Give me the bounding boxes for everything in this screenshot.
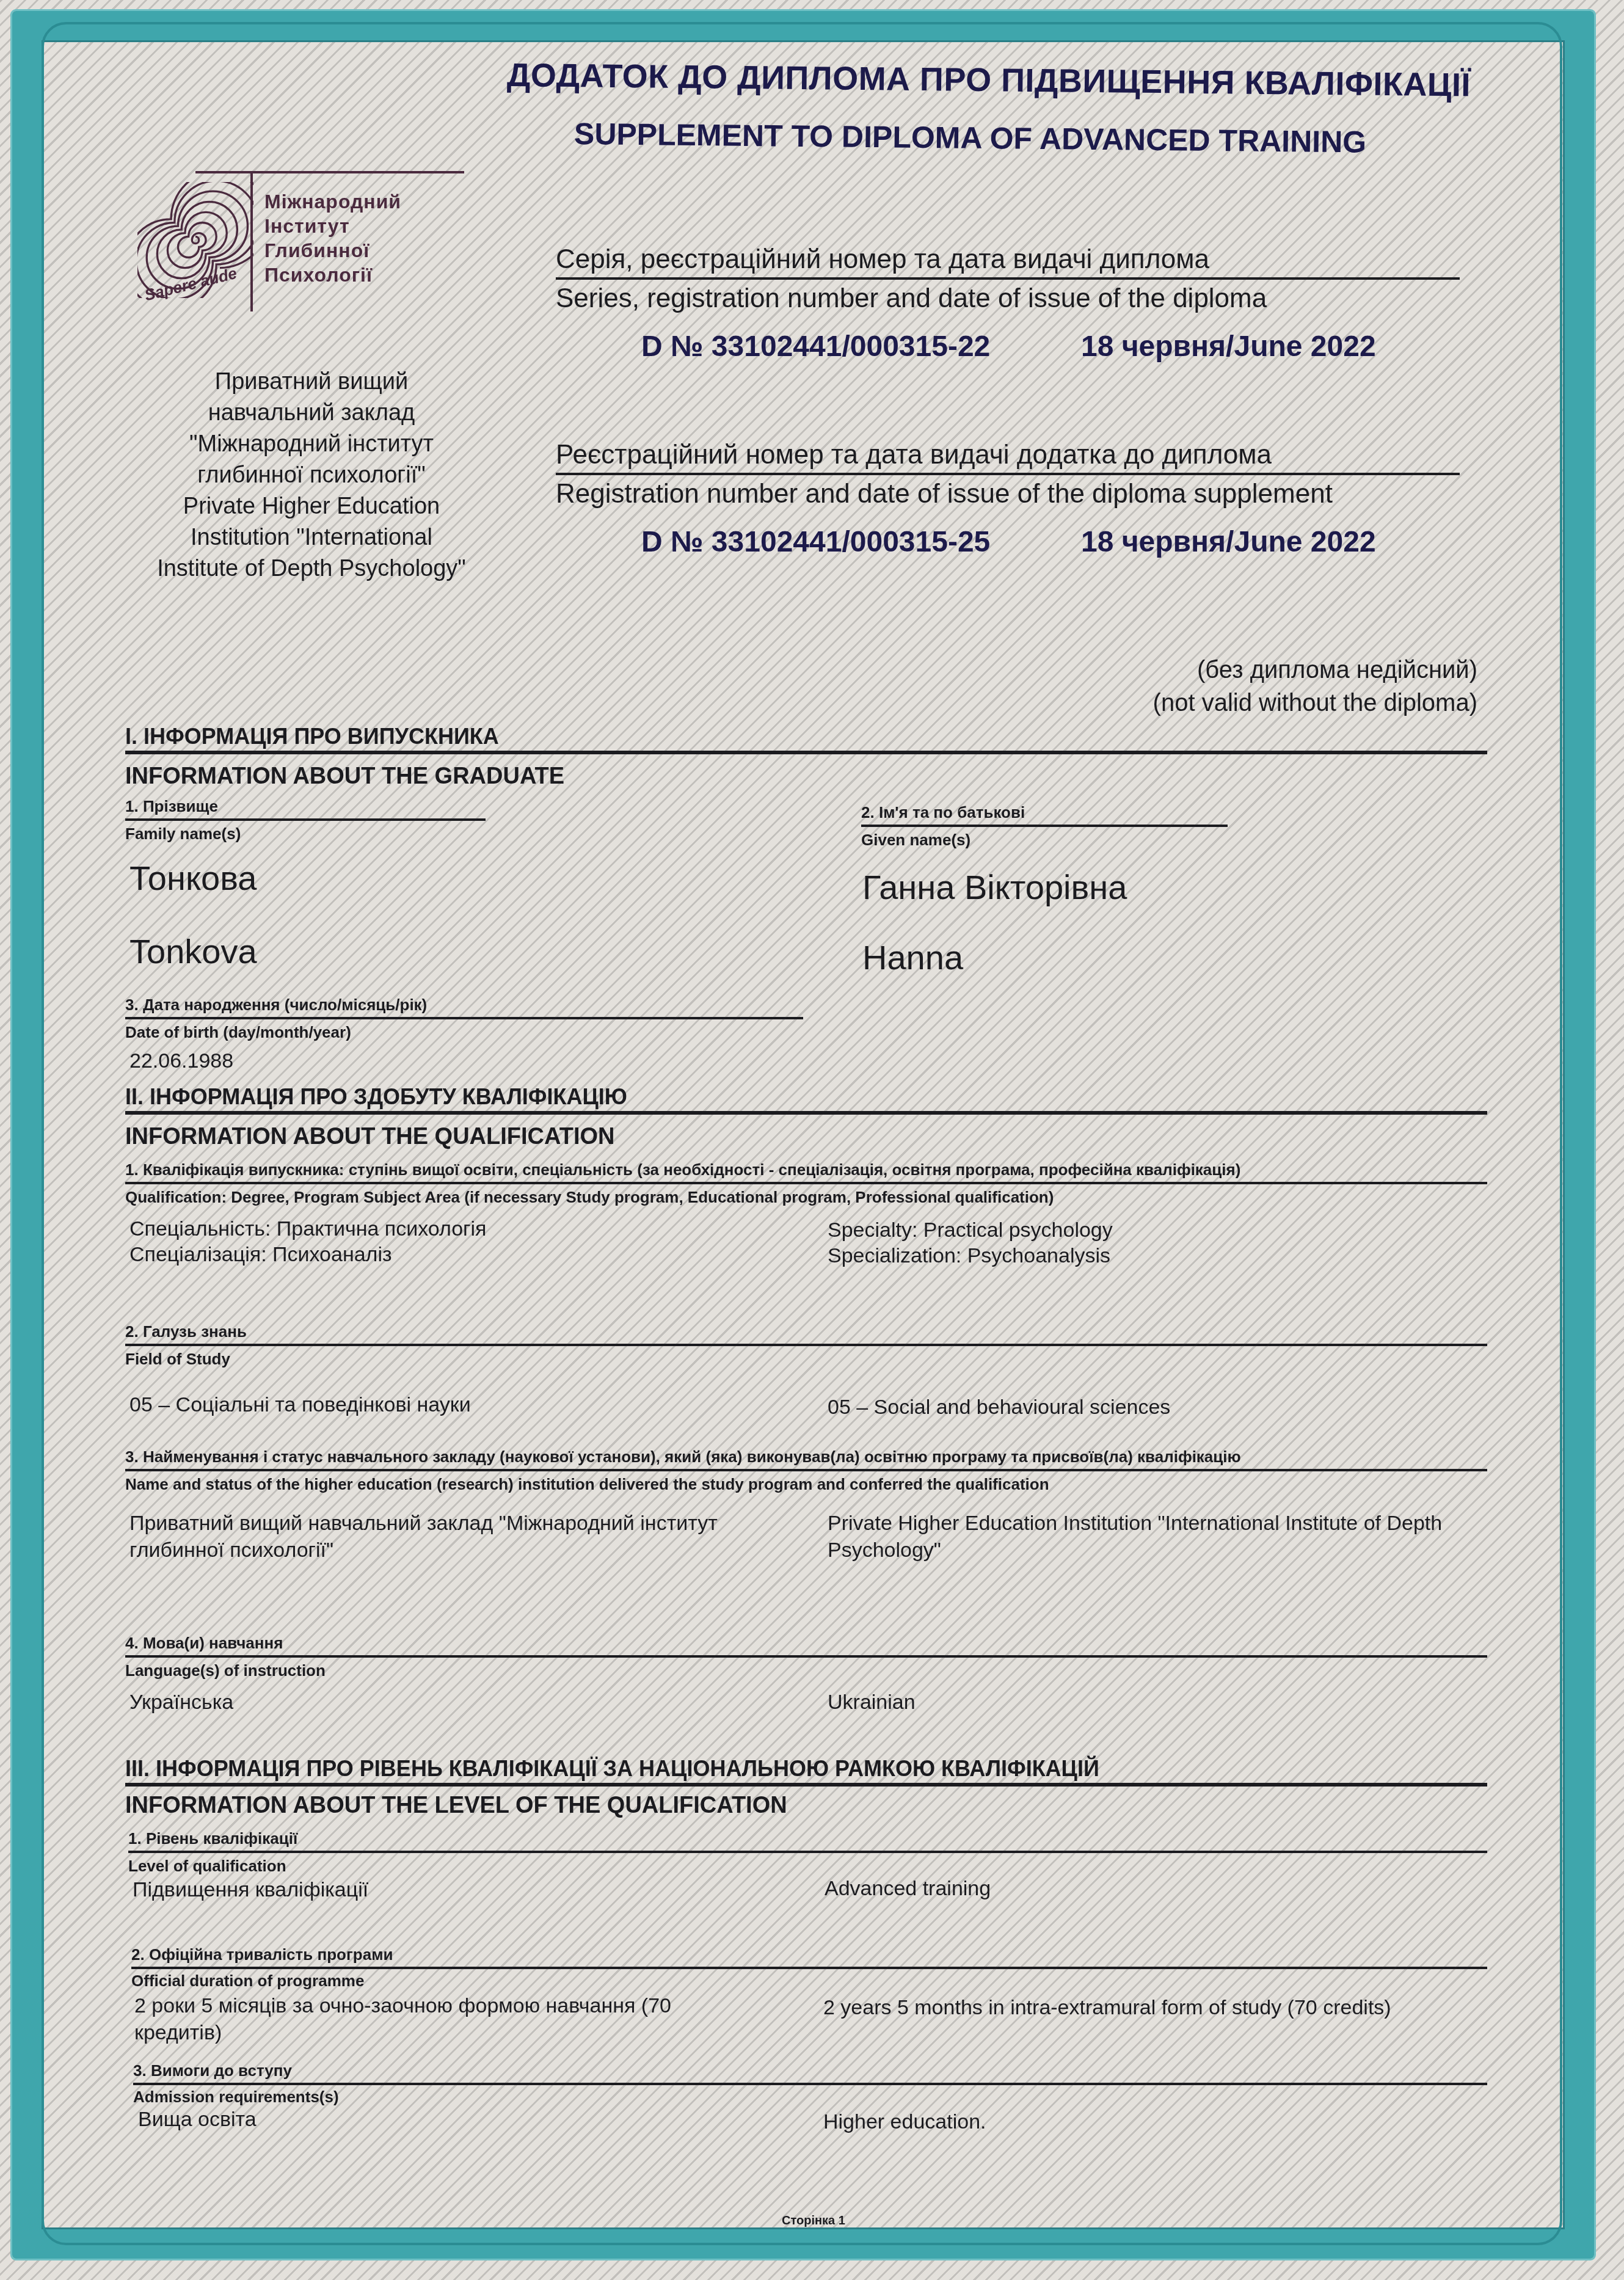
section1-title-en: INFORMATION ABOUT THE GRADUATE: [125, 763, 564, 790]
level-value-en: Advanced training: [825, 1875, 991, 1902]
specialty-ua: Спеціальність: Практична психологія: [129, 1215, 486, 1242]
given-name-label-ua: 2. Ім'я та по батькові: [861, 803, 1228, 827]
given-name-label-en: Given name(s): [861, 831, 970, 850]
supplement-reg-label-ua: Реєстраційний номер та дата видачі додат…: [556, 440, 1460, 475]
diploma-registration: Серія, реєстраційний номер та дата видач…: [556, 244, 1466, 330]
supplement-number: D № 33102441/000315-25: [641, 525, 990, 559]
logo-name-line: Глибинної: [264, 238, 401, 263]
logo-name-line: Психології: [264, 263, 401, 287]
duration-value-ua: 2 роки 5 місяців за очно-заочною формою …: [134, 1992, 745, 2046]
section3-title-ua: III. ІНФОРМАЦІЯ ПРО РІВЕНЬ КВАЛІФІКАЦІЇ …: [125, 1756, 1487, 1786]
admission-value-ua: Вища освіта: [138, 2106, 257, 2133]
family-name-label-ua: 1. Прізвище: [125, 797, 486, 821]
language-ua: Українська: [129, 1689, 233, 1716]
institution-line: Private Higher Education: [128, 491, 495, 522]
supplement-registration: Реєстраційний номер та дата видачі додат…: [556, 440, 1466, 525]
specialization-en: Specialization: Psychoanalysis: [828, 1242, 1110, 1269]
institution-line: навчальний заклад: [128, 398, 495, 429]
logo-rule: [195, 171, 464, 173]
institute-logo: Sapere aude Міжнародний Інститут Глибинн…: [137, 171, 467, 324]
institution-line: глибинної психології": [128, 460, 495, 491]
birth-date-label-ua: 3. Дата народження (число/місяць/рік): [125, 996, 803, 1019]
page-number: Сторінка 1: [782, 2214, 845, 2228]
language-label-en: Language(s) of instruction: [125, 1661, 326, 1680]
qualification-label-en: Qualification: Degree, Program Subject A…: [125, 1188, 1054, 1207]
diploma-reg-label-ua: Серія, реєстраційний номер та дата видач…: [556, 244, 1460, 280]
diploma-date: 18 червня/June 2022: [1081, 330, 1376, 363]
institution-line: "Міжнародний інститут: [128, 429, 495, 460]
logo-name: Міжнародний Інститут Глибинної Психологі…: [264, 189, 401, 287]
qualification-label-ua: 1. Кваліфікація випускника: ступінь вищо…: [125, 1160, 1487, 1184]
logo-name-line: Міжнародний: [264, 189, 401, 214]
institution-name-block: Приватний вищий навчальний заклад "Міжна…: [128, 366, 495, 585]
field-of-study-label-ua: 2. Галузь знань: [125, 1322, 1487, 1346]
section1-title-ua: I. ІНФОРМАЦІЯ ПРО ВИПУСКНИКА: [125, 724, 1487, 754]
supplement-reg-label-en: Registration number and date of issue of…: [556, 479, 1466, 509]
admission-label-en: Admission requirements(s): [133, 2088, 339, 2107]
family-name-label-en: Family name(s): [125, 825, 241, 843]
document-title-ua: ДОДАТОК ДО ДИПЛОМА ПРО ПІДВИЩЕННЯ КВАЛІФ…: [507, 56, 1471, 104]
field-of-study-en: 05 – Social and behavioural sciences: [828, 1394, 1170, 1421]
duration-label-ua: 2. Офіційна тривалість програми: [131, 1945, 1487, 1969]
validity-note-en: (not valid without the diploma): [1153, 687, 1477, 719]
duration-label-en: Official duration of programme: [131, 1972, 364, 1990]
institution-value-en: Private Higher Education Institution "In…: [828, 1510, 1475, 1564]
admission-value-en: Higher education.: [823, 2108, 986, 2135]
given-name-ua: Ганна Вікторівна: [862, 867, 1127, 907]
validity-note: (без диплома недійсний) (not valid witho…: [1153, 654, 1477, 719]
institution-value-ua: Приватний вищий навчальний заклад "Міжна…: [129, 1510, 789, 1564]
section2-title-en: INFORMATION ABOUT THE QUALIFICATION: [125, 1124, 614, 1150]
supplement-date: 18 червня/June 2022: [1081, 525, 1376, 559]
duration-value-en: 2 years 5 months in intra-extramural for…: [823, 1994, 1391, 2021]
logo-name-line: Інститут: [264, 214, 401, 238]
language-en: Ukrainian: [828, 1689, 916, 1716]
section2-title-ua: II. ІНФОРМАЦІЯ ПРО ЗДОБУТУ КВАЛІФІКАЦІЮ: [125, 1084, 1487, 1115]
institution-line: Institution "International: [128, 522, 495, 553]
field-of-study-label-en: Field of Study: [125, 1350, 230, 1369]
diploma-reg-label-en: Series, registration number and date of …: [556, 283, 1466, 314]
institution-line: Приватний вищий: [128, 366, 495, 398]
diploma-number: D № 33102441/000315-22: [641, 330, 990, 363]
institution-line: Institute of Depth Psychology": [128, 553, 495, 585]
level-label-en: Level of qualification: [128, 1857, 286, 1876]
family-name-en: Tonkova: [129, 931, 257, 971]
language-label-ua: 4. Мова(и) навчання: [125, 1634, 1487, 1658]
level-value-ua: Підвищення кваліфікації: [133, 1876, 368, 1903]
level-label-ua: 1. Рівень кваліфікації: [128, 1829, 1487, 1853]
birth-date-value: 22.06.1988: [129, 1047, 233, 1074]
birth-date-label-en: Date of birth (day/month/year): [125, 1023, 351, 1042]
specialty-en: Specialty: Practical psychology: [828, 1217, 1113, 1244]
family-name-ua: Тонкова: [129, 858, 257, 898]
field-of-study-ua: 05 – Соціальні та поведінкові науки: [129, 1391, 471, 1418]
validity-note-ua: (без диплома недійсний): [1153, 654, 1477, 687]
document-title-en: SUPPLEMENT TO DIPLOMA OF ADVANCED TRAINI…: [574, 116, 1367, 160]
specialization-ua: Спеціалізація: Психоаналіз: [129, 1241, 392, 1268]
admission-label-ua: 3. Вимоги до вступу: [133, 2061, 1487, 2085]
given-name-en: Hanna: [862, 938, 963, 977]
institution-label-en: Name and status of the higher education …: [125, 1475, 1049, 1494]
diploma-supplement: ДОДАТОК ДО ДИПЛОМА ПРО ПІДВИЩЕННЯ КВАЛІФ…: [0, 0, 1624, 2280]
institution-label-ua: 3. Найменування і статус навчального зак…: [125, 1448, 1487, 1471]
section3-title-en: INFORMATION ABOUT THE LEVEL OF THE QUALI…: [125, 1793, 787, 1819]
